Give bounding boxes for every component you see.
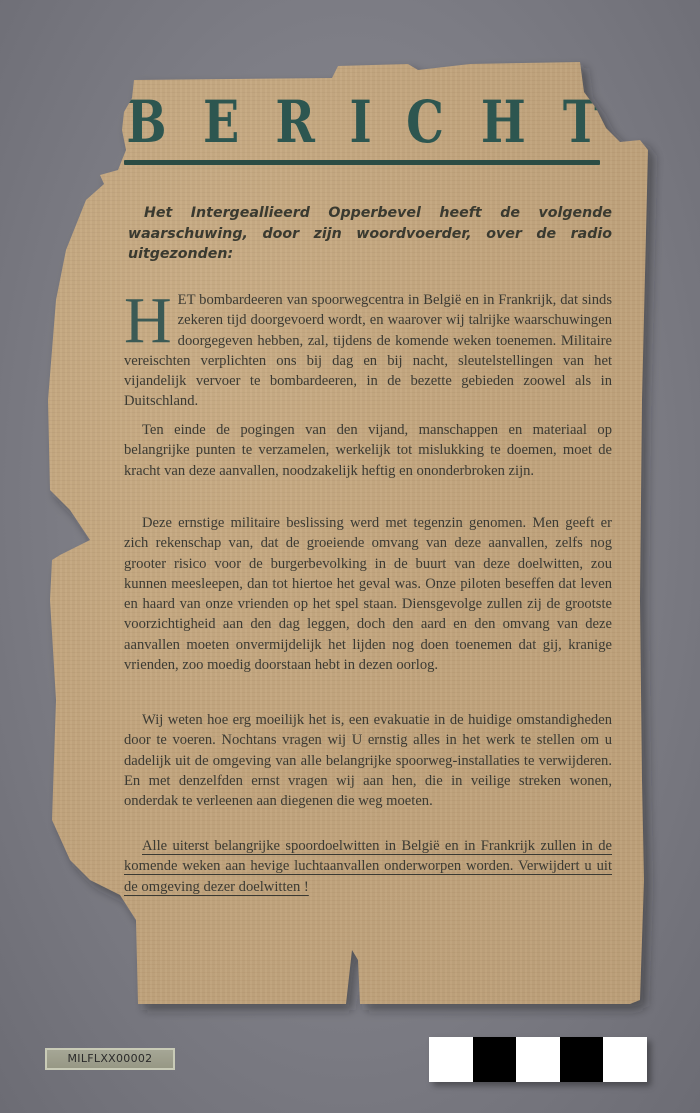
calibration-swatch-black xyxy=(560,1037,604,1082)
paragraph-2-text: Ten einde de pogingen van den vijand, ma… xyxy=(124,420,612,481)
leaflet: B E R I C H T Het Intergeallieerd Opperb… xyxy=(0,0,700,1113)
headline-letter: C xyxy=(406,92,444,152)
headline-letter: H xyxy=(481,92,526,152)
paragraph-2: Ten einde de pogingen van den vijand, ma… xyxy=(124,420,612,493)
headline-letter: E xyxy=(203,92,239,152)
paragraph-3: Deze ernstige militaire beslissing werd … xyxy=(124,513,612,687)
headline-letter: I xyxy=(350,92,372,152)
paragraph-4: Wij weten hoe erg moeilijk het is, een e… xyxy=(124,710,612,823)
paragraph-3-text: Deze ernstige militaire beslissing werd … xyxy=(124,513,612,675)
calibration-swatch-black xyxy=(473,1037,517,1082)
paragraph-5-text: Alle uiterst belangrijke spoordoelwitten… xyxy=(124,836,612,897)
paragraph-5-warning: Alle uiterst belangrijke spoordoelwitten… xyxy=(124,836,612,909)
paragraph-1-text: ET bombardeeren van spoorwegcentra in Be… xyxy=(124,290,612,412)
calibration-swatch-white xyxy=(429,1037,473,1082)
leaflet-paper: B E R I C H T Het Intergeallieerd Opperb… xyxy=(0,0,700,1113)
headline-bericht: B E R I C H T xyxy=(122,92,602,152)
headline-rule xyxy=(124,160,600,165)
calibration-swatch-white xyxy=(516,1037,560,1082)
calibration-swatch-white xyxy=(603,1037,647,1082)
paragraph-4-text: Wij weten hoe erg moeilijk het is, een e… xyxy=(124,710,612,811)
drop-cap: H xyxy=(124,294,172,350)
intro-statement: Het Intergeallieerd Opperbevel heeft de … xyxy=(128,203,612,265)
headline-letter: B xyxy=(126,92,166,152)
calibration-bar xyxy=(429,1037,647,1082)
headline-letter: R xyxy=(275,92,315,152)
headline-letter: T xyxy=(563,92,598,152)
archive-id-label: MILFLXX00002 xyxy=(45,1048,175,1070)
paragraph-1: H ET bombardeeren van spoorwegcentra in … xyxy=(124,290,612,424)
